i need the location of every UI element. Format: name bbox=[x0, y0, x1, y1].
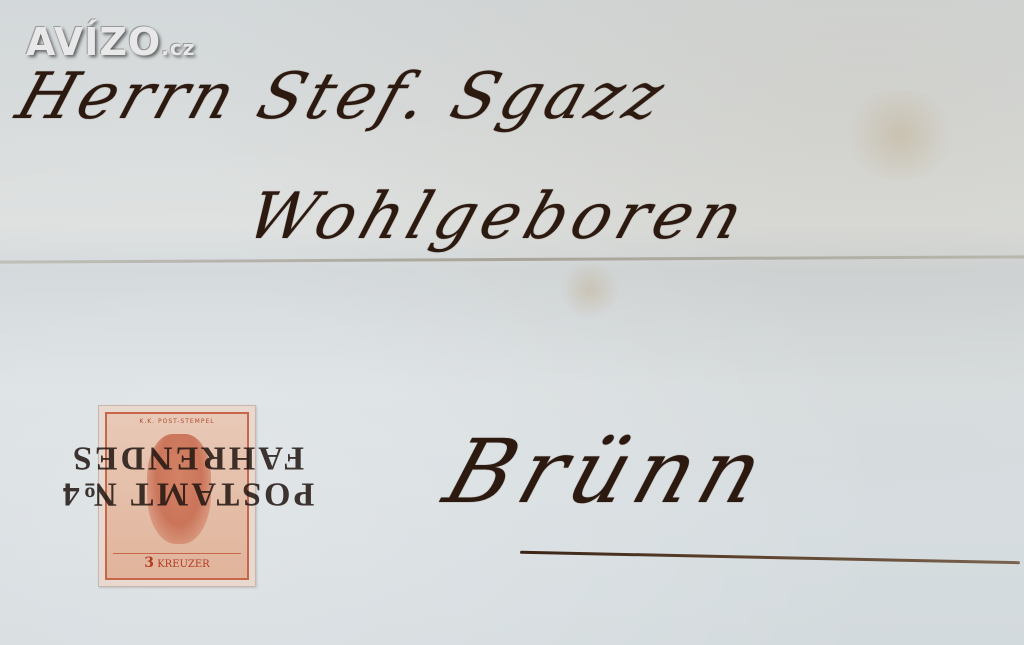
postmark-line-2: POSTAMT №4 bbox=[22, 476, 352, 512]
paper-fold-line bbox=[0, 255, 1024, 263]
handwritten-destination-city: Brünn bbox=[433, 420, 783, 523]
avizo-watermark-logo: AVÍZO.cz bbox=[26, 20, 195, 64]
handwritten-underline bbox=[520, 551, 1020, 564]
letter-cover-photo: AVÍZO.cz Herrn Stef. Sgazz Wohlgeboren B… bbox=[0, 0, 1024, 645]
postmark-line-1: FAHRENDES bbox=[22, 440, 352, 476]
watermark-tld: .cz bbox=[161, 36, 195, 60]
stamp-value-unit: KREUZER bbox=[157, 559, 210, 570]
handwritten-addressee-name: Herrn Stef. Sgazz bbox=[8, 60, 676, 134]
handwritten-honorific: Wohlgeboren bbox=[238, 180, 758, 254]
postmark-cancellation: POSTAMT №4 FAHRENDES bbox=[22, 440, 352, 511]
age-stain bbox=[840, 90, 960, 180]
watermark-brand: AVÍZO bbox=[26, 20, 161, 64]
age-stain bbox=[560, 260, 620, 320]
stamp-denomination: 3 KREUZER bbox=[113, 553, 241, 572]
stamp-top-inscription: K.K. POST-STEMPEL bbox=[111, 418, 243, 425]
stamp-value-number: 3 bbox=[144, 555, 154, 571]
